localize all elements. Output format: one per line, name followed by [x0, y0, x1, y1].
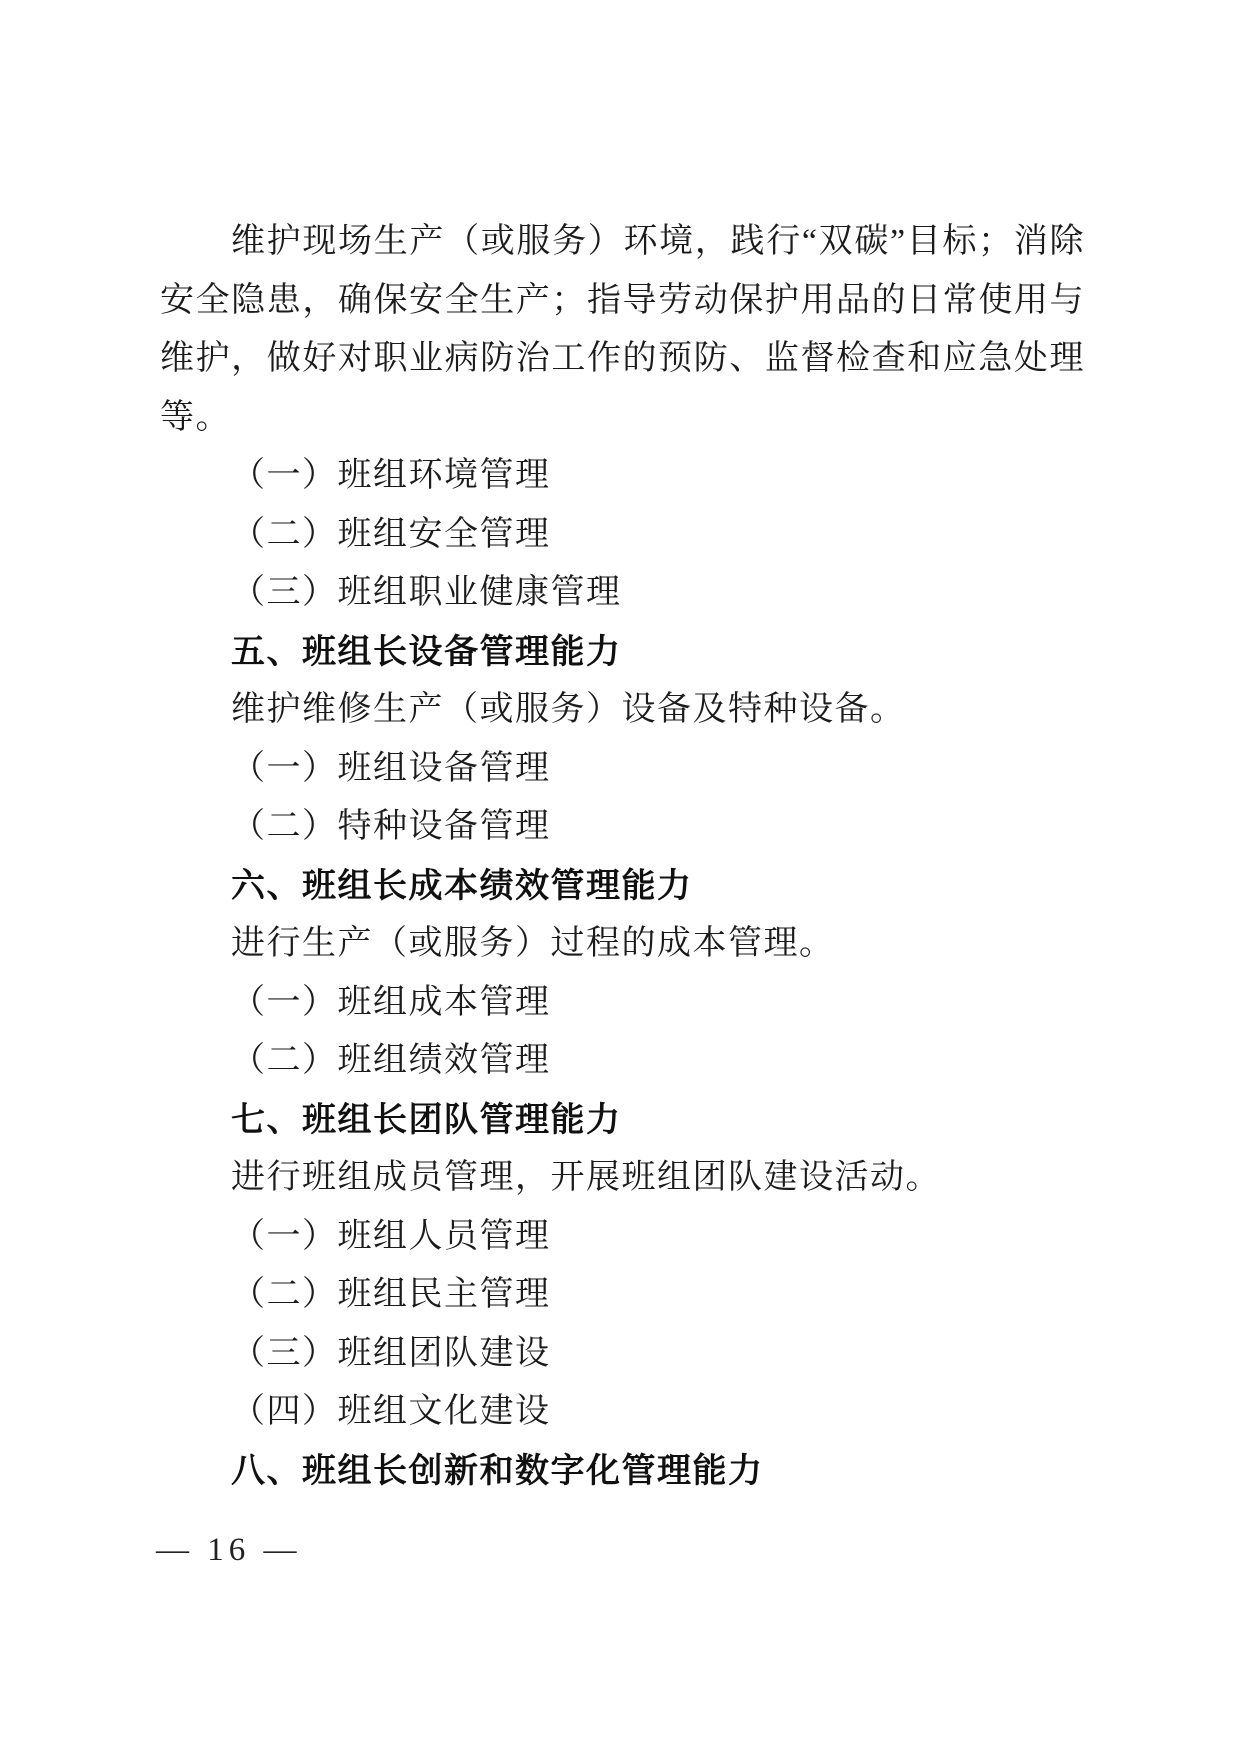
section-heading-equipment-management: 五、班组长设备管理能力	[160, 623, 1085, 682]
list-item-team-performance-management: （二）班组绩效管理	[160, 1032, 1085, 1091]
page-number: — 16 —	[156, 1532, 302, 1568]
list-item-team-democratic-management: （二）班组民主管理	[160, 1266, 1085, 1325]
list-item-safety-management: （二）班组安全管理	[160, 506, 1085, 565]
section-paragraph-cost: 进行生产（或服务）过程的成本管理。	[160, 915, 1085, 974]
list-item-team-building: （三）班组团队建设	[160, 1325, 1085, 1384]
section-heading-innovation-digital-management: 八、班组长创新和数字化管理能力	[160, 1442, 1085, 1501]
list-item-team-cost-management: （一）班组成本管理	[160, 974, 1085, 1033]
section-heading-cost-performance-management: 六、班组长成本绩效管理能力	[160, 857, 1085, 916]
list-item-team-culture-building: （四）班组文化建设	[160, 1383, 1085, 1442]
page-footer: — 16 —	[156, 1532, 302, 1569]
section-paragraph-equipment: 维护维修生产（或服务）设备及特种设备。	[160, 681, 1085, 740]
paragraph-site-environment-safety: 维护现场生产（或服务）环境，践行“双碳”目标；消除安全隐患，确保安全生产；指导劳…	[160, 213, 1085, 447]
list-item-occupational-health-management: （三）班组职业健康管理	[160, 564, 1085, 623]
list-item-team-equipment-management: （一）班组设备管理	[160, 740, 1085, 799]
list-item-environment-management: （一）班组环境管理	[160, 447, 1085, 506]
list-item-team-personnel-management: （一）班组人员管理	[160, 1208, 1085, 1267]
list-item-special-equipment-management: （二）特种设备管理	[160, 798, 1085, 857]
document-body: 维护现场生产（或服务）环境，践行“双碳”目标；消除安全隐患，确保安全生产；指导劳…	[160, 213, 1085, 1500]
section-heading-team-management: 七、班组长团队管理能力	[160, 1091, 1085, 1150]
document-page: 维护现场生产（或服务）环境，践行“双碳”目标；消除安全隐患，确保安全生产；指导劳…	[0, 0, 1240, 1753]
section-paragraph-team: 进行班组成员管理，开展班组团队建设活动。	[160, 1149, 1085, 1208]
